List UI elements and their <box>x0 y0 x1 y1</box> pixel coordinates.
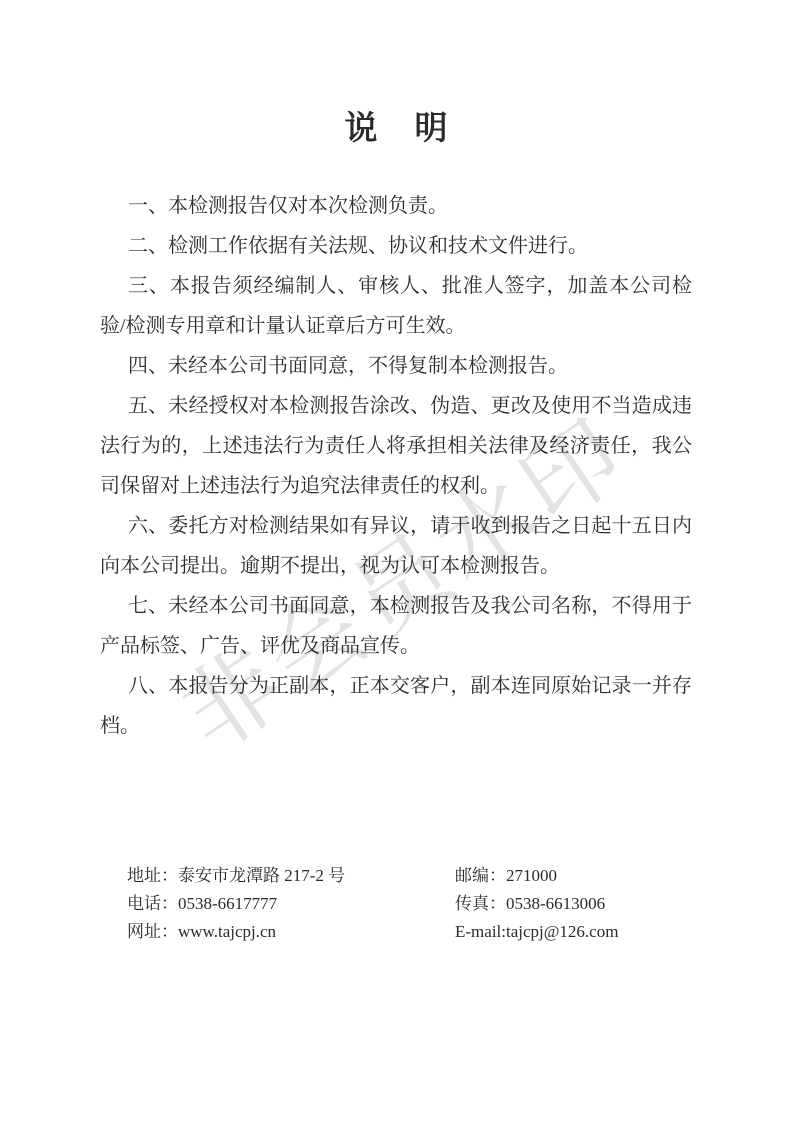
website-line: 网址：www.tajcpj.cn <box>127 918 455 946</box>
note-item-6: 六、委托方对检测结果如有异议，请于收到报告之日起十五日内向本公司提出。逾期不提出… <box>100 506 692 586</box>
note-item-3: 三、本报告须经编制人、审核人、批准人签字，加盖本公司检验/检测专用章和计量认证章… <box>100 266 692 346</box>
note-item-5: 五、未经授权对本检测报告涂改、伪造、更改及使用不当造成违法行为的，上述违法行为责… <box>100 386 692 506</box>
report-notes-page: 非会员水印 说 明 一、本检测报告仅对本次检测负责。 二、检测工作依据有关法规、… <box>0 0 794 1122</box>
address-line: 地址：泰安市龙潭路 217-2 号 <box>127 862 455 890</box>
contact-footer: 地址：泰安市龙潭路 217-2 号 电话：0538-6617777 网址：www… <box>127 862 697 946</box>
postcode-line: 邮编：271000 <box>455 862 697 890</box>
notes-list: 一、本检测报告仅对本次检测负责。 二、检测工作依据有关法规、协议和技术文件进行。… <box>100 186 692 746</box>
note-item-1: 一、本检测报告仅对本次检测负责。 <box>100 186 692 226</box>
note-item-2: 二、检测工作依据有关法规、协议和技术文件进行。 <box>100 226 692 266</box>
page-title: 说 明 <box>0 106 794 152</box>
note-item-4: 四、未经本公司书面同意，不得复制本检测报告。 <box>100 346 692 386</box>
contact-left-column: 地址：泰安市龙潭路 217-2 号 电话：0538-6617777 网址：www… <box>127 862 455 946</box>
contact-right-column: 邮编：271000 传真：0538-6613006 E-mail:tajcpj@… <box>455 862 697 946</box>
phone-line: 电话：0538-6617777 <box>127 890 455 918</box>
fax-line: 传真：0538-6613006 <box>455 890 697 918</box>
note-item-8: 八、本报告分为正副本，正本交客户，副本连同原始记录一并存档。 <box>100 666 692 746</box>
note-item-7: 七、未经本公司书面同意，本检测报告及我公司名称，不得用于产品标签、广告、评优及商… <box>100 586 692 666</box>
email-line: E-mail:tajcpj@126.com <box>455 918 697 946</box>
